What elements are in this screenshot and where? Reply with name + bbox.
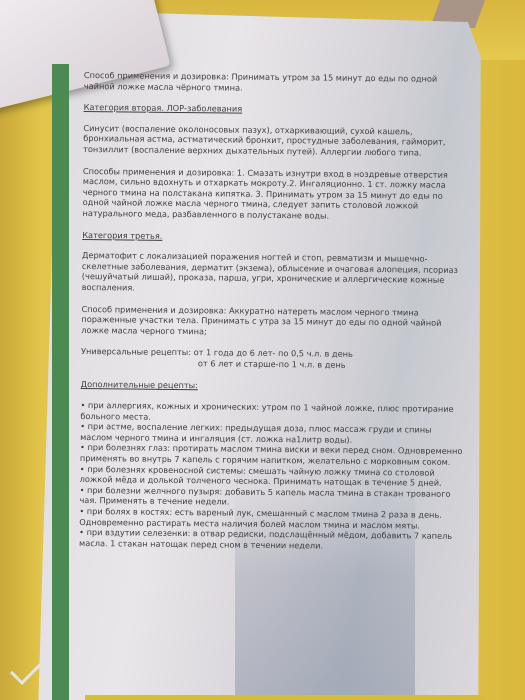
list-item: при вздутии селезенки: в отвар редиски, …: [79, 527, 464, 552]
section2-usage: Способы применения и дозировка: 1. Смаза…: [82, 166, 468, 223]
section2-heading: Категория вторая. ЛОР-заболевания: [84, 102, 469, 117]
section1-usage: Способ применения и дозировка: Принимать…: [84, 70, 469, 95]
section3-indications: Дерматофит с локализацией поражения ногт…: [82, 250, 467, 296]
green-side-stripe: [52, 64, 69, 700]
yellow-cloth-bottom: [85, 695, 485, 700]
section3-heading: Категория третья.: [82, 230, 467, 245]
section2-indications: Синусит (воспаление околоносовых пазух),…: [83, 123, 468, 159]
leaflet-text: Способ применения и дозировка: Принимать…: [79, 70, 469, 552]
additional-recipes-list: при аллергиях, кожных и хронических: утр…: [79, 400, 466, 552]
additional-recipes-heading: Дополнительные рецепты:: [81, 379, 466, 394]
section3-usage: Способ применения и дозировка: Аккуратно…: [81, 303, 466, 339]
